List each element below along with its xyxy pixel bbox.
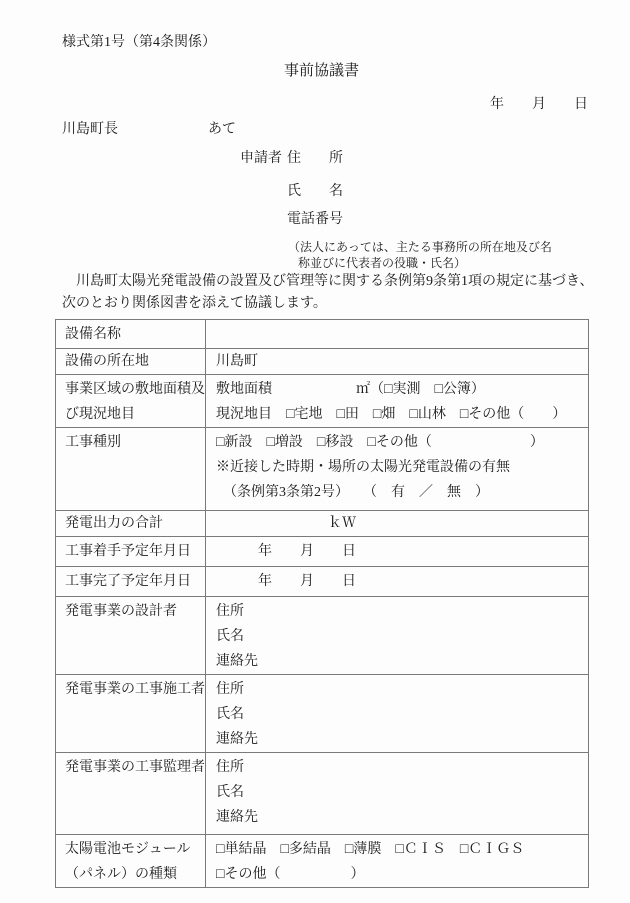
row-value: 住所氏名連絡先 <box>206 753 589 835</box>
row-value-lines: 年 月 日 <box>216 569 588 594</box>
row-value-lines: 住所氏名連絡先 <box>216 599 588 674</box>
row-label: 工事完了予定年月日 <box>56 567 206 597</box>
table-row: 工事完了予定年月日 年 月 日 <box>56 567 589 597</box>
row-value-lines: 川島町 <box>216 349 588 374</box>
row-value-lines: 年 月 日 <box>216 539 588 564</box>
row-value: 住所氏名連絡先 <box>206 597 589 675</box>
addressee-name: 川島町長 <box>62 122 118 137</box>
applicant-label: 申請者 <box>240 151 282 166</box>
applicant-phone-label: 電話番号 <box>287 210 588 230</box>
row-value-lines: □新設 □増設 □移設 □その他（ ）※近接した時期・場所の太陽光発電設備の有無… <box>216 430 588 505</box>
row-label: 事業区域の敷地面積及び現況地目 <box>56 375 206 428</box>
row-value-lines: ｋＷ <box>216 511 588 536</box>
applicant-name-label: 氏 名 <box>287 182 588 202</box>
table-row: 設備名称 <box>56 320 589 349</box>
row-value <box>206 320 589 349</box>
row-label: 発電出力の合計 <box>56 511 206 537</box>
row-label: 発電事業の工事施工者 <box>56 675 206 753</box>
row-value: □単結晶 □多結晶 □薄膜 □ＣＩＳ □ＣＩＧＳ□その他（ ） <box>206 835 589 888</box>
row-label: 設備名称 <box>56 320 206 349</box>
table-row: 発電事業の工事監理者 住所氏名連絡先 <box>56 753 589 835</box>
row-label: 工事着手予定年月日 <box>56 537 206 567</box>
document-content: 様式第1号（第4条関係） 事前協議書 年 月 日 川島町長あて 申請者住 所 氏… <box>55 33 588 888</box>
row-value: 川島町 <box>206 349 589 375</box>
table-row: 設備の所在地 川島町 <box>56 349 589 375</box>
table-row: 太陽電池モジュール（パネル）の種類 □単結晶 □多結晶 □薄膜 □ＣＩＳ □ＣＩ… <box>56 835 589 888</box>
row-value-lines: 住所氏名連絡先 <box>216 755 588 830</box>
corporate-note: （法人にあっては、主たる事務所の所在地及び名称並びに代表者の役職・氏名） <box>288 239 588 271</box>
row-label: 太陽電池モジュール（パネル）の種類 <box>56 835 206 888</box>
row-value: □新設 □増設 □移設 □その他（ ）※近接した時期・場所の太陽光発電設備の有無… <box>206 428 589 511</box>
row-value-lines: 住所氏名連絡先 <box>216 677 588 752</box>
table-row: 発電事業の工事施工者 住所氏名連絡先 <box>56 675 589 753</box>
row-label: 工事種別 <box>56 428 206 511</box>
table-row: 発電出力の合計 ｋＷ <box>56 511 589 537</box>
row-value-lines: 敷地面積 ㎡（□実測 □公簿）現況地目 □宅地 □田 □畑 □山林 □その他（ … <box>216 377 588 427</box>
row-value: 年 月 日 <box>206 567 589 597</box>
addressee-suffix: あて <box>208 122 236 137</box>
row-label: 発電事業の工事監理者 <box>56 753 206 835</box>
row-value-lines: □単結晶 □多結晶 □薄膜 □ＣＩＳ □ＣＩＧＳ□その他（ ） <box>216 837 588 887</box>
addressee-row: 川島町長あて <box>62 120 588 140</box>
row-value: 年 月 日 <box>206 537 589 567</box>
document-title: 事前協議書 <box>55 61 588 81</box>
consultation-form-table: 設備名称 設備の所在地 川島町 事業区域の敷地面積及び現況地目 敷地面積 ㎡（□… <box>55 319 589 888</box>
date-line: 年 月 日 <box>55 95 588 115</box>
body-paragraph: 川島町太陽光発電設備の設置及び管理等に関する条例第9条第1項の規定に基づき、次の… <box>55 271 588 315</box>
table-row: 事業区域の敷地面積及び現況地目 敷地面積 ㎡（□実測 □公簿）現況地目 □宅地 … <box>56 375 589 428</box>
row-value: 住所氏名連絡先 <box>206 675 589 753</box>
form-number: 様式第1号（第4条関係） <box>62 33 588 53</box>
table-row: 工事着手予定年月日 年 月 日 <box>56 537 589 567</box>
table-row: 工事種別 □新設 □増設 □移設 □その他（ ）※近接した時期・場所の太陽光発電… <box>56 428 589 511</box>
row-value: ｋＷ <box>206 511 589 537</box>
table-row: 発電事業の設計者 住所氏名連絡先 <box>56 597 589 675</box>
applicant-row: 申請者住 所 <box>240 149 588 169</box>
row-label: 設備の所在地 <box>56 349 206 375</box>
document-page: 様式第1号（第4条関係） 事前協議書 年 月 日 川島町長あて 申請者住 所 氏… <box>0 0 630 903</box>
row-value: 敷地面積 ㎡（□実測 □公簿）現況地目 □宅地 □田 □畑 □山林 □その他（ … <box>206 375 589 428</box>
row-label: 発電事業の設計者 <box>56 597 206 675</box>
applicant-address-label: 住 所 <box>287 151 343 166</box>
